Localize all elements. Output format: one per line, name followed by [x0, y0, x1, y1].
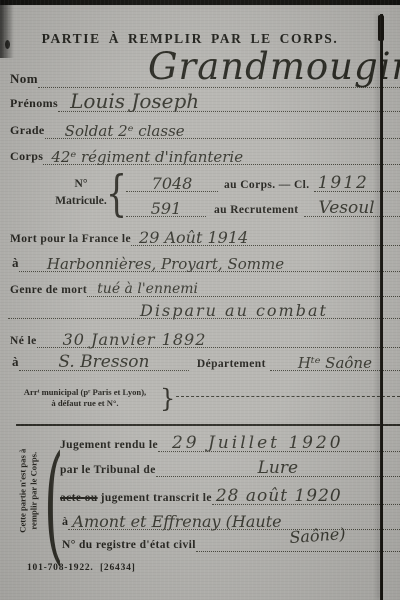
registre-label: N° du registre d'état civil	[62, 539, 196, 552]
matricule-classe-value: 1912	[318, 175, 369, 191]
corps-line: 42ᵉ régiment d'infanterie	[43, 150, 400, 165]
section-divider	[16, 424, 400, 426]
arr-municipal-label-line1: Arrᵗ municipal (pʳ Paris et Lyon),	[10, 387, 160, 398]
transcrit-place-line: Amont et Effrenay (Haute	[68, 514, 400, 530]
matricule-label-line1: N°	[48, 176, 114, 193]
transcrit-date-value: 28 août 1920	[216, 488, 342, 504]
transcrit-place-value-line2: Saône)	[289, 526, 346, 545]
tribunal-value: Lure	[258, 460, 298, 476]
field-row-transcrit: acte ou jugement transcrit le 28 août 19…	[60, 479, 400, 505]
genre-mort-line2: Disparu au combat	[8, 303, 400, 319]
fold-line-knob	[378, 15, 384, 41]
field-row-corps: Corps 42ᵉ régiment d'infanterie	[10, 141, 400, 165]
matricule-corps-number: 7048	[152, 176, 193, 191]
grade-label: Grade	[10, 123, 45, 139]
matricule-recrutement-place: Vesoul	[318, 200, 374, 216]
ne-le-line: 30 Janvier 1892	[37, 332, 400, 348]
field-row-genre-mort: Genre de mort tué à l'ennemi	[10, 273, 400, 297]
arr-bracket-icon: }	[160, 384, 175, 413]
field-row-matricule-recrutement: 591 au Recrutement Vesoul	[126, 195, 400, 217]
departement-value: Hᵗᵉ Saône	[298, 356, 372, 370]
matricule-label-line2: Matricule.	[48, 193, 114, 210]
matricule-mid1-label: au Corps. — Cl.	[218, 179, 314, 192]
transcrit-label: jugement transcrit le	[101, 492, 212, 505]
birthplace-label: à	[12, 354, 19, 371]
matricule-recrutement-place-line: Vesoul	[304, 200, 400, 217]
field-row-mort-place: à Harbonnières, Proyart, Somme	[12, 248, 400, 272]
transcrit-struck-label: acte ou	[60, 492, 101, 505]
imprint: 101-708-1922. [26434]	[27, 563, 136, 573]
transcrit-date-line: 28 août 1920	[212, 488, 400, 505]
matricule-recrutement-line: 591	[126, 201, 206, 217]
field-row-tribunal: par le Tribunal de Lure	[60, 453, 400, 477]
tribunal-line: Lure	[156, 460, 400, 477]
field-row-mort-date: Mort pour la France le 29 Août 1914	[10, 222, 400, 246]
field-row-birthplace: à S. Bresson Département Hᵗᵉ Saône	[12, 347, 400, 371]
field-row-ne-le: Né le 30 Janvier 1892	[10, 324, 400, 348]
surname-handwritten: Grandmougin	[148, 48, 400, 85]
mort-date-value: 29 Août 1914	[139, 230, 248, 245]
tribunal-label: par le Tribunal de	[60, 464, 156, 477]
arr-municipal-line	[176, 396, 400, 397]
corps-value: 42ᵉ régiment d'infanterie	[51, 150, 243, 164]
jugement-date-label: Jugement rendu le	[60, 439, 158, 452]
matricule-label: N° Matricule.	[48, 176, 114, 211]
arr-municipal-label-line2: à défaut rue et N°.	[10, 398, 160, 409]
departement-label: Département	[189, 358, 270, 371]
field-row-genre-mort-line2: Disparu au combat	[8, 295, 400, 319]
birthplace-value: S. Bresson	[58, 354, 149, 370]
grade-value: Soldat 2ᵉ classe	[65, 124, 185, 138]
scan-speck	[5, 40, 10, 49]
field-row-prenoms: Prénoms Louis Joseph	[10, 86, 400, 112]
fold-line	[380, 14, 383, 600]
side-note-vertical: Cette partie n'est pas à remplir par le …	[17, 437, 38, 545]
mort-place-value: Harbonnières, Proyart, Somme	[47, 257, 284, 271]
mort-date-label: Mort pour la France le	[10, 233, 131, 246]
genre-mort-value: tué à l'ennemi	[97, 283, 198, 296]
mort-place-label: à	[12, 255, 19, 272]
field-row-transcrit-place: à Amont et Effrenay (Haute	[62, 506, 400, 530]
birthplace-line: S. Bresson	[19, 354, 189, 371]
scan-edge-top	[0, 0, 400, 5]
ne-le-value: 30 Janvier 1892	[63, 332, 207, 347]
prenoms-value: Louis Joseph	[70, 92, 199, 111]
matricule-mid2-label: au Recrutement	[206, 204, 304, 217]
field-row-grade: Grade Soldat 2ᵉ classe	[10, 115, 400, 139]
field-row-jugement: Jugement rendu le 29 Juillet 1920	[60, 428, 400, 452]
registre-line	[196, 551, 400, 552]
mort-place-line: Harbonnières, Proyart, Somme	[19, 257, 400, 272]
jugement-date-value: 29 Juillet 1920	[172, 435, 344, 451]
matricule-brace-icon: {	[106, 166, 127, 222]
jugement-date-line: 29 Juillet 1920	[158, 435, 400, 452]
death-record-card: PARTIE À REMPLIR PAR LE CORPS. Grandmoug…	[0, 0, 400, 600]
matricule-recrutement-number: 591	[151, 201, 182, 216]
matricule-classe-line: 1912	[314, 175, 400, 192]
matricule-corps-line: 7048	[126, 176, 218, 192]
corps-label: Corps	[10, 149, 43, 165]
scan-smudge-topleft	[0, 0, 14, 58]
field-row-registre: N° du registre d'état civil	[62, 530, 400, 552]
genre-mort-value-line2: Disparu au combat	[140, 303, 328, 318]
prenoms-label: Prénoms	[10, 96, 58, 112]
arr-municipal-label: Arrᵗ municipal (pʳ Paris et Lyon), à déf…	[10, 387, 160, 409]
transcrit-place-value: Amont et Effrenay (Haute	[72, 514, 281, 529]
grade-line: Soldat 2ᵉ classe	[45, 124, 400, 139]
field-row-matricule-corps: 7048 au Corps. — Cl. 1912	[126, 170, 400, 192]
mort-date-line: 29 Août 1914	[131, 230, 400, 246]
prenoms-line: Louis Joseph	[58, 92, 400, 112]
